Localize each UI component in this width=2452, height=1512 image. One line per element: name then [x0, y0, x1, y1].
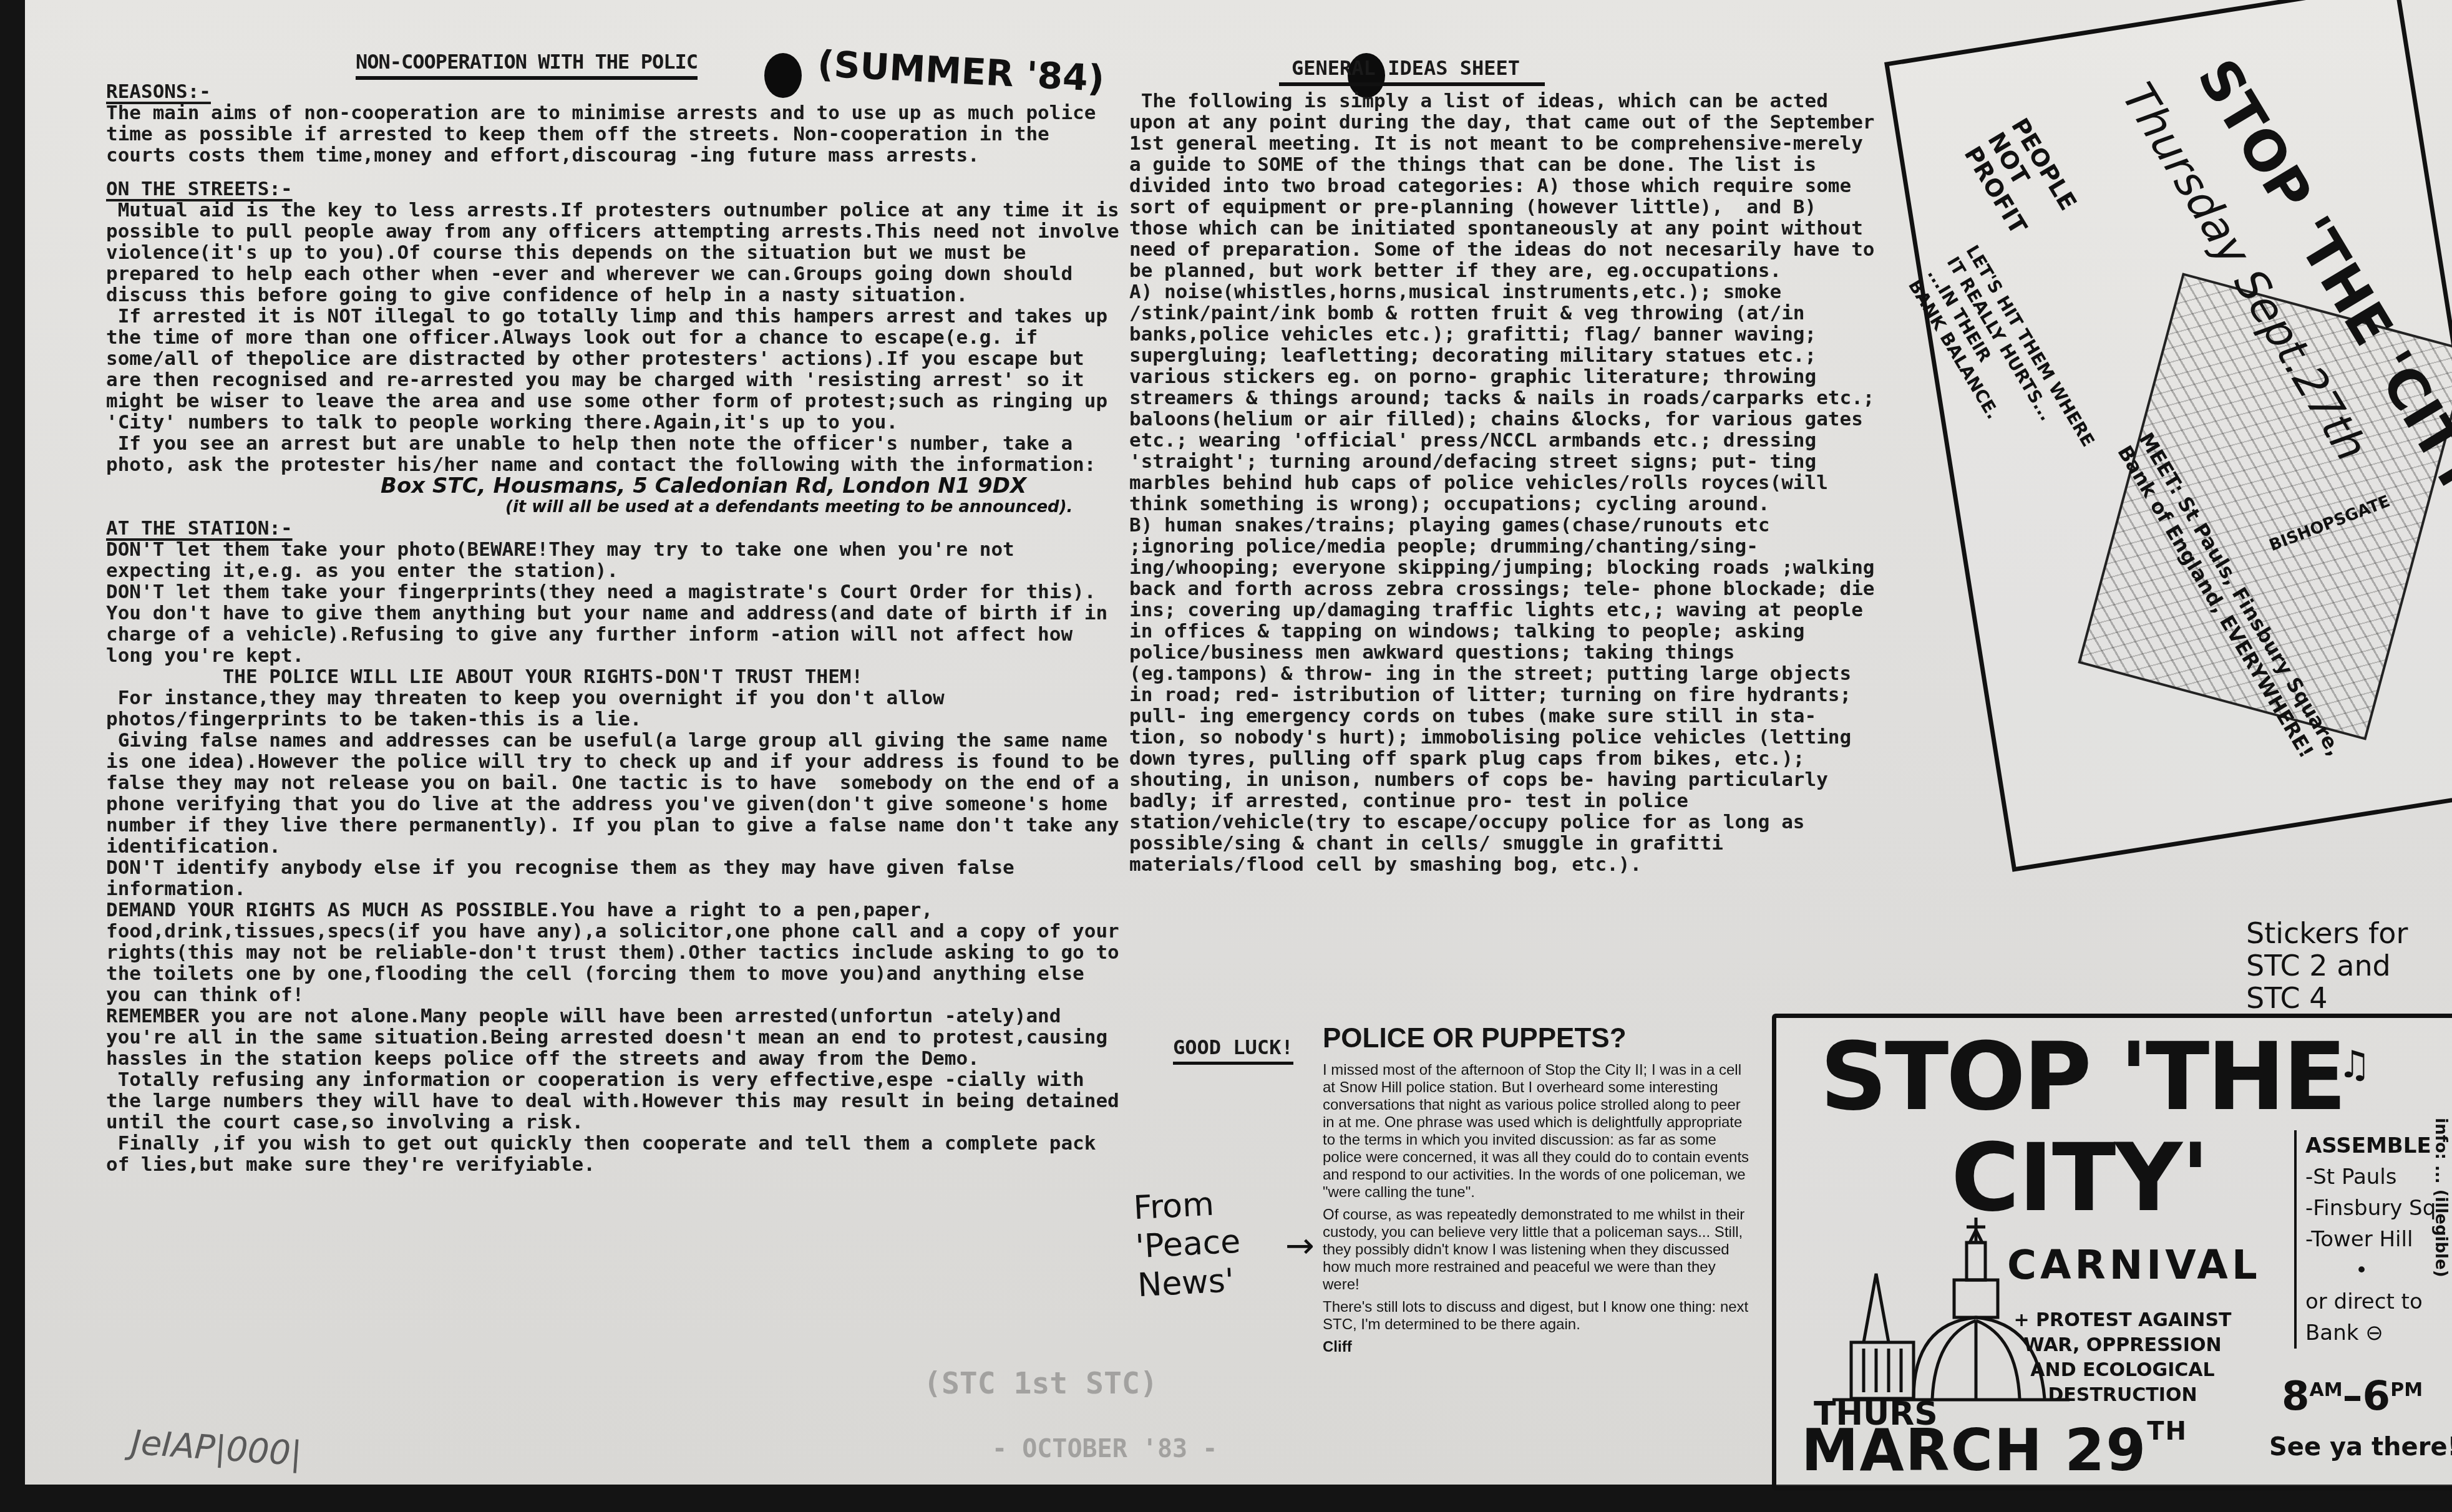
- protest-line: + PROTEST AGAINST: [2013, 1308, 2232, 1333]
- paragraph: For instance,they may threaten to keep y…: [106, 687, 1129, 730]
- hours-end-suffix: PM: [2390, 1379, 2423, 1401]
- category-b-list: B) human snakes/trains; playing games(ch…: [1129, 515, 1878, 875]
- newspaper-clipping: POLICE OR PUPPETS? I missed most of the …: [1323, 1023, 1753, 1361]
- note-line: Stickers for: [2246, 917, 2452, 949]
- paragraph: The main aims of non-cooperation are to …: [106, 102, 1129, 166]
- assembly-points-box: ASSEMBLE -St Pauls -Finsbury Sq -Tower H…: [2294, 1130, 2449, 1349]
- protest-line: DESTRUCTION: [2013, 1383, 2232, 1408]
- faint-show-through-stamp: (STC 1st STC): [923, 1366, 1158, 1401]
- sticker-hours: 8AM–6PM: [2282, 1374, 2423, 1420]
- paragraph: Mutual aid is the key to less arrests.If…: [106, 200, 1129, 306]
- assemble-heading: ASSEMBLE: [2305, 1130, 2449, 1161]
- note-line: STC 2 and STC 4: [2246, 949, 2452, 1014]
- right-sheet-body: The following is simply a list of ideas,…: [1129, 90, 1878, 875]
- date-text: MARCH 29: [1801, 1417, 2147, 1484]
- sticker-stop-the-city-march: STOP 'THE CITY' CARNIVAL + PROTEST AGAIN…: [1772, 1014, 2452, 1490]
- paragraph: REMEMBER you are not alone.Many people w…: [106, 1006, 1129, 1069]
- section-heading-streets: ON THE STREETS:-: [106, 178, 1129, 200]
- bullet-separator: •: [2305, 1255, 2449, 1286]
- sticker-title: STOP 'THE: [1820, 1030, 2344, 1124]
- sticker-protest-text: + PROTEST AGAINST WAR, OPPRESSION AND EC…: [2013, 1308, 2232, 1408]
- handwritten-note: (it will all be used at a defendants mee…: [106, 497, 1129, 518]
- assembly-point: -St Pauls: [2305, 1161, 2449, 1193]
- hours-start: 8: [2282, 1374, 2310, 1420]
- clipping-signature: Cliff: [1323, 1339, 1753, 1356]
- paragraph: DON'T let them take your photo(BEWARE!Th…: [106, 539, 1129, 581]
- assembly-point: or direct to: [2305, 1286, 2449, 1317]
- hours-start-suffix: AM: [2310, 1379, 2343, 1401]
- sticker-slogan: PEOPLE NOT PROFIT: [1958, 114, 2082, 244]
- paragraph: You don't have to give them anything but…: [106, 603, 1129, 666]
- clipping-paragraph: There's still lots to discuss and digest…: [1323, 1299, 1753, 1334]
- paragraph: DEMAND YOUR RIGHTS AS MUCH AS POSSIBLE.Y…: [106, 899, 1129, 1006]
- clipping-headline: POLICE OR PUPPETS?: [1323, 1023, 1753, 1054]
- clipping-paragraph: I missed most of the afternoon of Stop t…: [1323, 1062, 1753, 1201]
- paragraph: DON'T let them take your fingerprints(th…: [106, 581, 1129, 603]
- left-sheet-body: REASONS:- The main aims of non-cooperati…: [106, 81, 1129, 1175]
- arrow-right-icon: →: [1285, 1226, 1315, 1266]
- good-luck-signoff: GOOD LUCK!: [1173, 1035, 1293, 1065]
- document-sheet: NON-COOPERATION WITH THE POLIC (SUMMER '…: [25, 0, 2452, 1485]
- section-heading-reasons: REASONS:-: [106, 81, 1129, 102]
- assembly-point: -Finsbury Sq: [2305, 1193, 2449, 1224]
- paragraph: Finally ,if you wish to get out quickly …: [106, 1133, 1129, 1175]
- protest-line: AND ECOLOGICAL: [2013, 1358, 2232, 1383]
- assembly-point: -Tower Hill: [2305, 1224, 2449, 1255]
- left-sheet-title: NON-COOPERATION WITH THE POLIC: [356, 50, 698, 80]
- paragraph: Totally refusing any information or coop…: [106, 1069, 1129, 1133]
- sticker-stop-the-city-sept: STOP 'THE 'CITY' Thursday Sept.27th 8am-…: [1884, 0, 2452, 872]
- faint-show-through-date: - OCTOBER '83 -: [992, 1435, 1217, 1463]
- handwritten-address: Box STC, Housmans, 5 Caledonian Rd, Lond…: [106, 475, 1129, 497]
- clipping-paragraph: Of course, as was repeatedly demonstrate…: [1323, 1206, 1753, 1294]
- right-sheet-title: GENERAL IDEAS SHEET: [1279, 56, 1545, 86]
- sticker-tagline: LET'S HIT THEM WHERE IT REALLY HURTS... …: [1903, 241, 2099, 485]
- paragraph: Giving false names and addresses can be …: [106, 730, 1129, 857]
- vertical-note: info: ... (illegible): [2431, 1118, 2450, 1277]
- handwritten-sticker-note: Stickers for STC 2 and STC 4: [2246, 917, 2452, 1014]
- paragraph: DON'T identify anybody else if you recog…: [106, 857, 1129, 899]
- assembly-point-bank: Bank ⊖: [2305, 1317, 2449, 1349]
- archive-reference: JeIAP|000|: [130, 1423, 303, 1474]
- protest-line: WAR, OPPRESSION: [2013, 1333, 2232, 1358]
- hours-end: 6: [2363, 1374, 2391, 1420]
- paragraph: If you see an arrest but are unable to h…: [106, 433, 1129, 475]
- paragraph: If arrested it is NOT illegal to go tota…: [106, 306, 1129, 433]
- date-suffix: TH: [2147, 1417, 2187, 1446]
- music-note-icon: ♫: [2338, 1043, 2372, 1087]
- handwritten-source-note: From 'Peace News': [1132, 1181, 1288, 1305]
- category-a-list: A) noise(whistles,horns,musical instrume…: [1129, 281, 1878, 515]
- sticker-date: MARCH 29TH: [1801, 1417, 2187, 1484]
- section-heading-station: AT THE STATION:-: [106, 518, 1129, 539]
- paragraph-warning: THE POLICE WILL LIE ABOUT YOUR RIGHTS-DO…: [106, 666, 1129, 687]
- sticker-subtitle: CARNIVAL: [2007, 1243, 2261, 1289]
- intro-paragraph: The following is simply a list of ideas,…: [1129, 90, 1878, 281]
- sticker-see-you: See ya there!: [2269, 1433, 2452, 1461]
